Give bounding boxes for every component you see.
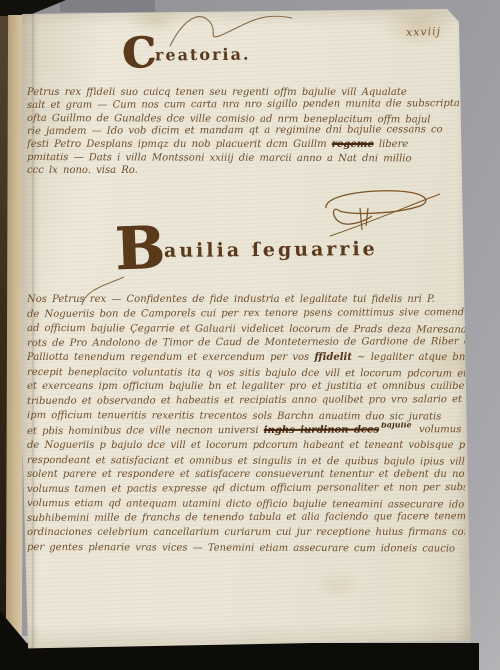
section-heading-creatoria: Creatoria. (122, 36, 251, 71)
text-line-with-emphasis: Palliotta tenendum regendum et exercendu… (27, 351, 465, 366)
heading-text: auilia ſeguarrie (164, 238, 378, 262)
text-line: rie jamdem — Ido vob dicim et mandam qt … (27, 123, 463, 138)
text-line: ccc lx nono. visa Ro. (27, 164, 463, 177)
letter-paragraph-2: Nos Petrus rex — Confidentes de fide ind… (27, 293, 465, 555)
heading-text: reatoria. (155, 45, 251, 65)
text-segment: festi Petro Desplans ipmqz du nob placue… (27, 139, 332, 150)
interlinear-insertion: bajulie (381, 422, 412, 429)
text-segment: Palliotta tenendum regendum et exercendu… (27, 352, 314, 363)
text-line: Nos Petrus rex — Confidentes de fide ind… (27, 293, 465, 308)
text-line: subhibemini mille de franchs de tenendo … (27, 510, 465, 526)
text-line: respondeant et satisfaciant et omnibus e… (27, 454, 465, 470)
emphasized-word: ffidelit (314, 352, 352, 363)
text-line: pmitatis — Dats i villa Montssoni xxiiij… (27, 151, 463, 166)
backdrop-shadow (60, 0, 155, 12)
text-line: tribuendo et observando et habeatis et r… (27, 393, 465, 409)
text-line: de Nogueriis p bajulo dce vill et locoru… (27, 439, 465, 454)
illuminated-initial-b: B (114, 224, 165, 272)
text-segment: ~ legaliter atque bn du de nre (352, 352, 465, 363)
text-line: rots de Pro Andolono de Timor de Caud de… (27, 335, 465, 351)
text-segment: volumus q nos don P. (414, 423, 465, 435)
text-line: recepit beneplacito voluntatis ita q vos… (27, 366, 465, 382)
text-line: solent parere et respondere et satisface… (27, 468, 465, 483)
text-line: volumus tamen et pactis expresse qd dict… (27, 481, 465, 497)
folio-number: xxviij (406, 24, 466, 39)
text-line: per gentes plenarie vras vices — Tenemin… (27, 541, 465, 557)
manuscript-photo: xxviij Creatoria. Petrus rex ffideli suo… (0, 0, 500, 670)
manuscript-page: xxviij Creatoria. Petrus rex ffideli suo… (18, 7, 474, 649)
text-line-with-correction: et pbis hominibus dce ville necnon unive… (27, 422, 465, 439)
letter-paragraph-1: Petrus rex ffideli suo cuicq tenen seu r… (27, 86, 463, 177)
illuminated-initial-c: C (121, 35, 156, 70)
struck-text: inghs iurdinon dces (264, 424, 379, 436)
text-line: et exerceans ipm officium bajulie bn et … (27, 380, 465, 395)
text-line: ordinaciones celebrium cancellarium curi… (27, 526, 465, 541)
section-heading-bauilia: Bauilia ſeguarrie (115, 225, 378, 273)
text-line-with-correction: festi Petro Desplans ipmqz du nob placue… (27, 138, 463, 151)
text-segment: libere (374, 139, 409, 150)
text-line: de Nogueriis bon de Camporels cui per re… (27, 306, 465, 322)
text-segment: et pbis hominibus dce ville necnon unive… (27, 424, 264, 436)
struck-text: regeme (332, 139, 374, 150)
text-line: salt et gram — Cum nos cum carta nra nro… (27, 97, 463, 112)
